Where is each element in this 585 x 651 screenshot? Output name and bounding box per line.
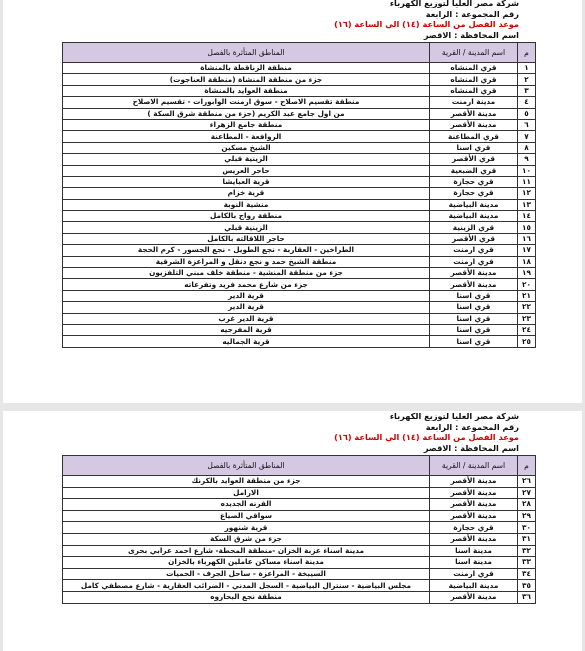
row-number: ٩ bbox=[518, 154, 536, 165]
affected-areas-cell: قرية المفرجيه bbox=[63, 324, 430, 335]
affected-areas-cell: منطقة تقسيم الاصلاح - سوق ارمنت الوابورا… bbox=[63, 97, 430, 108]
governorate-name: اسم المحافظة : الاقصر bbox=[334, 443, 519, 454]
row-number: ١٣ bbox=[518, 199, 536, 210]
company-name: شركة مصر العليا لتوزيع الكهرباء bbox=[334, 0, 519, 9]
document-page-1: شركة مصر العليا لتوزيع الكهرباء رقم المج… bbox=[3, 0, 582, 403]
affected-areas-cell: مدينة اسناء مساكن عاملين الكهرباء بالخزا… bbox=[63, 557, 430, 569]
table-row: ٢٠مدينة الأقصرجزء من شارع محمد فريد وتفر… bbox=[63, 279, 536, 290]
column-header-areas: المناطق المتأثرة بالفصل bbox=[63, 43, 430, 63]
affected-areas-cell: قرية الدير غرب bbox=[63, 313, 430, 324]
city-cell: قري المنشاه bbox=[430, 85, 518, 96]
affected-areas-cell: الزينية قبلي bbox=[63, 222, 430, 233]
affected-areas-cell: قرية الدير bbox=[63, 290, 430, 301]
row-number: ٣٠ bbox=[518, 522, 536, 534]
table-row: ٢قري المنشاهجزء من منطقة المنشاة (منطقة … bbox=[63, 74, 536, 85]
affected-areas-cell: حاجر اللاقالته بالكامل bbox=[63, 233, 430, 244]
row-number: ١٥ bbox=[518, 222, 536, 233]
row-number: ٧ bbox=[518, 131, 536, 142]
page-header: شركة مصر العليا لتوزيع الكهرباء رقم المج… bbox=[334, 0, 519, 40]
affected-areas-cell: منشية النوبة bbox=[63, 199, 430, 210]
table-row: ٣١مدينة الأقصرجزء من شرق السكة bbox=[63, 533, 536, 545]
city-cell: قري الضبعية bbox=[430, 165, 518, 176]
row-number: ٣٥ bbox=[518, 580, 536, 592]
row-number: ٢٣ bbox=[518, 313, 536, 324]
company-name: شركة مصر العليا لتوزيع الكهرباء bbox=[334, 411, 519, 422]
affected-areas-cell: الروافعة - المطاعنة bbox=[63, 131, 430, 142]
affected-areas-cell: منطقة الشيخ حمد و نجع دنقل و المراعزة ال… bbox=[63, 256, 430, 267]
outage-schedule: موعد الفصل من الساعة (١٤) الي الساعة (١٦… bbox=[334, 432, 519, 443]
city-cell: مدينة اسنا bbox=[430, 545, 518, 557]
city-cell: قري المطاعنة bbox=[430, 131, 518, 142]
row-number: ٢٠ bbox=[518, 279, 536, 290]
affected-areas-cell: سواقي الصياغ bbox=[63, 510, 430, 522]
affected-areas-cell: السيبخة - المراعزة - ساحل الجرف - الحميا… bbox=[63, 568, 430, 580]
group-number: رقم المجموعة : الرابعة bbox=[334, 9, 519, 20]
city-cell: قري ارمنت bbox=[430, 245, 518, 256]
table-row: ١٦قري الأقصرحاجر اللاقالته بالكامل bbox=[63, 233, 536, 244]
row-number: ٢٥ bbox=[518, 336, 536, 347]
row-number: ٣٦ bbox=[518, 591, 536, 603]
page-header: شركة مصر العليا لتوزيع الكهرباء رقم المج… bbox=[334, 411, 519, 453]
affected-areas-cell: جزء من شرق السكة bbox=[63, 533, 430, 545]
table-row: ٢٩مدينة الأقصرسواقي الصياغ bbox=[63, 510, 536, 522]
city-cell: مدينة ارمنت bbox=[430, 97, 518, 108]
affected-areas-cell: جزء من شارع محمد فريد وتفرعاته bbox=[63, 279, 430, 290]
city-cell: قري حجازة bbox=[430, 522, 518, 534]
table-row: ٣٠قري حجازةقرية شنهور bbox=[63, 522, 536, 534]
table-row: ٢٤قري اسناقرية المفرجيه bbox=[63, 324, 536, 335]
table-row: ٥مدينة الأقصرمن اول جامع عبد الكريم (جزء… bbox=[63, 108, 536, 119]
affected-areas-cell: قرية خزام bbox=[63, 188, 430, 199]
document-page-2: شركة مصر العليا لتوزيع الكهرباء رقم المج… bbox=[3, 411, 582, 640]
row-number: ٣٢ bbox=[518, 545, 536, 557]
affected-areas-cell: قرية شنهور bbox=[63, 522, 430, 534]
outage-schedule: موعد الفصل من الساعة (١٤) الي الساعة (١٦… bbox=[334, 19, 519, 30]
city-cell: قري المنشاه bbox=[430, 74, 518, 85]
table-row: ٢١قري اسناقرية الدير bbox=[63, 290, 536, 301]
column-header-number: م bbox=[518, 456, 536, 476]
table-row: ١٩مدينة الأقصرجزء من منطقة المنشية - منط… bbox=[63, 268, 536, 279]
table-row: ١١قري حجازةقرية العبايشا bbox=[63, 176, 536, 187]
row-number: ١٤ bbox=[518, 211, 536, 222]
table-row: ٤مدينة ارمنتمنطقة تقسيم الاصلاح - سوق ار… bbox=[63, 97, 536, 108]
affected-areas-cell: مجلس البياضية - سنترال البياضية - السجل … bbox=[63, 580, 430, 592]
city-cell: قري اسنا bbox=[430, 313, 518, 324]
city-cell: مدينة الأقصر bbox=[430, 499, 518, 511]
row-number: ١٢ bbox=[518, 188, 536, 199]
city-cell: قري اسنا bbox=[430, 302, 518, 313]
table-row: ١٠قري الضبعيةحاجر العريس bbox=[63, 165, 536, 176]
row-number: ٤ bbox=[518, 97, 536, 108]
affected-areas-cell: من اول جامع عبد الكريم (جزء من منطقة شرق… bbox=[63, 108, 430, 119]
row-number: ٢١ bbox=[518, 290, 536, 301]
affected-areas-cell: قرية الدير bbox=[63, 302, 430, 313]
affected-areas-cell: الشيخ مسكين bbox=[63, 142, 430, 153]
table-body: ٢٦مدينة الأقصرجزء من منطقة العوايد بالكر… bbox=[63, 476, 536, 604]
city-cell: قري اسنا bbox=[430, 336, 518, 347]
row-number: ٣٣ bbox=[518, 557, 536, 569]
city-cell: مدينة الأقصر bbox=[430, 268, 518, 279]
table-row: ٣٦مدينة الأقصرمنطقة نجع البحاروه bbox=[63, 591, 536, 603]
table-row: ٢٨مدينة الأقصرالقرنه الجديده bbox=[63, 499, 536, 511]
row-number: ١٩ bbox=[518, 268, 536, 279]
city-cell: قري حجازة bbox=[430, 188, 518, 199]
affected-areas-cell: منطقة رواج بالكامل bbox=[63, 211, 430, 222]
outage-table: م اسم المدينة / القرية المناطق المتأثرة … bbox=[62, 42, 536, 348]
city-cell: قري الأقصر bbox=[430, 233, 518, 244]
row-number: ١٦ bbox=[518, 233, 536, 244]
affected-areas-cell: قرية العبايشا bbox=[63, 176, 430, 187]
affected-areas-cell: جزء من منطقة المنشية - منطقة خلف مبني ال… bbox=[63, 268, 430, 279]
city-cell: قري اسنا bbox=[430, 142, 518, 153]
affected-areas-cell: الارامل bbox=[63, 487, 430, 499]
affected-areas-cell: جزء من منطقة العوايد بالكرنك bbox=[63, 476, 430, 488]
table-row: ١٢قري حجازةقرية خزام bbox=[63, 188, 536, 199]
row-number: ٢٤ bbox=[518, 324, 536, 335]
table-header-row: م اسم المدينة / القرية المناطق المتأثرة … bbox=[63, 43, 536, 63]
city-cell: مدينة البياضية bbox=[430, 211, 518, 222]
city-cell: مدينة الأقصر bbox=[430, 108, 518, 119]
table-row: ٢٦مدينة الأقصرجزء من منطقة العوايد بالكر… bbox=[63, 476, 536, 488]
affected-areas-cell: منطقة العوايد بالمنشاة bbox=[63, 85, 430, 96]
table-row: ٣٢مدينة اسنامدينة اسناء عزبة الخزان -منط… bbox=[63, 545, 536, 557]
table-row: ٢٣قري اسناقرية الدير غرب bbox=[63, 313, 536, 324]
affected-areas-cell: مدينة اسناء عزبة الخزان -منطقة المحطة- ش… bbox=[63, 545, 430, 557]
row-number: ٢ bbox=[518, 74, 536, 85]
table-row: ١٧قري ارمنتالطراخين - العقاربة - نجع الط… bbox=[63, 245, 536, 256]
table-row: ٨قري اسناالشيخ مسكين bbox=[63, 142, 536, 153]
table-row: ١٤مدينة البياضيةمنطقة رواج بالكامل bbox=[63, 211, 536, 222]
table-row: ٧قري المطاعنةالروافعة - المطاعنة bbox=[63, 131, 536, 142]
group-number: رقم المجموعة : الرابعة bbox=[334, 422, 519, 433]
table-header-row: م اسم المدينة / القرية المناطق المتأثرة … bbox=[63, 456, 536, 476]
table-row: ٣٤قري ارمنتالسيبخة - المراعزة - ساحل الج… bbox=[63, 568, 536, 580]
city-cell: مدينة الأقصر bbox=[430, 476, 518, 488]
affected-areas-cell: منطقة نجع البحاروه bbox=[63, 591, 430, 603]
row-number: ٦ bbox=[518, 119, 536, 130]
column-header-city: اسم المدينة / القرية bbox=[430, 43, 518, 63]
affected-areas-cell: جزء من منطقة المنشاة (منطقة العناجوت) bbox=[63, 74, 430, 85]
row-number: ٢٨ bbox=[518, 499, 536, 511]
table-row: ٩قري الأقصرالزينية قبلي bbox=[63, 154, 536, 165]
table-row: ٢٧مدينة الأقصرالارامل bbox=[63, 487, 536, 499]
city-cell: قري اسنا bbox=[430, 324, 518, 335]
city-cell: قري ارمنت bbox=[430, 568, 518, 580]
table-row: ٣٥مدينة البياضيةمجلس البياضية - سنترال ا… bbox=[63, 580, 536, 592]
row-number: ١ bbox=[518, 63, 536, 74]
city-cell: قري الزينية bbox=[430, 222, 518, 233]
row-number: ١٠ bbox=[518, 165, 536, 176]
affected-areas-cell: الطراخين - العقاربة - نجع الطويل - نجع ا… bbox=[63, 245, 430, 256]
row-number: ١٧ bbox=[518, 245, 536, 256]
affected-areas-cell: منطقة جامع الزهراء bbox=[63, 119, 430, 130]
table-body: ١قري المنشاهمنطقة الزناقطة بالمنشاة٢قري … bbox=[63, 63, 536, 348]
table-row: ١قري المنشاهمنطقة الزناقطة بالمنشاة bbox=[63, 63, 536, 74]
city-cell: مدينة البياضية bbox=[430, 199, 518, 210]
row-number: ٨ bbox=[518, 142, 536, 153]
city-cell: مدينة الأقصر bbox=[430, 533, 518, 545]
row-number: ٢٦ bbox=[518, 476, 536, 488]
row-number: ٣ bbox=[518, 85, 536, 96]
city-cell: مدينة الأقصر bbox=[430, 279, 518, 290]
table-row: ١٥قري الزينيةالزينية قبلي bbox=[63, 222, 536, 233]
column-header-number: م bbox=[518, 43, 536, 63]
city-cell: قري اسنا bbox=[430, 290, 518, 301]
affected-areas-cell: حاجر العريس bbox=[63, 165, 430, 176]
city-cell: قري حجازة bbox=[430, 176, 518, 187]
row-number: ٢٢ bbox=[518, 302, 536, 313]
outage-table: م اسم المدينة / القرية المناطق المتأثرة … bbox=[62, 455, 536, 604]
row-number: ٣٤ bbox=[518, 568, 536, 580]
city-cell: مدينة الأقصر bbox=[430, 119, 518, 130]
table-row: ٣٣مدينة اسنامدينة اسناء مساكن عاملين الك… bbox=[63, 557, 536, 569]
city-cell: مدينة الأقصر bbox=[430, 510, 518, 522]
row-number: ١٨ bbox=[518, 256, 536, 267]
city-cell: مدينة البياضية bbox=[430, 580, 518, 592]
city-cell: قري المنشاه bbox=[430, 63, 518, 74]
table-row: ٦مدينة الأقصرمنطقة جامع الزهراء bbox=[63, 119, 536, 130]
table-row: ٣قري المنشاهمنطقة العوايد بالمنشاة bbox=[63, 85, 536, 96]
city-cell: مدينة الأقصر bbox=[430, 487, 518, 499]
governorate-name: اسم المحافظة : الاقصر bbox=[334, 30, 519, 41]
table-row: ٢٢قري اسناقرية الدير bbox=[63, 302, 536, 313]
city-cell: قري الأقصر bbox=[430, 154, 518, 165]
city-cell: مدينة اسنا bbox=[430, 557, 518, 569]
table-row: ٢٥قري اسناقرية الجماليه bbox=[63, 336, 536, 347]
table-row: ١٣مدينة البياضيةمنشية النوبة bbox=[63, 199, 536, 210]
affected-areas-cell: القرنه الجديده bbox=[63, 499, 430, 511]
row-number: ٥ bbox=[518, 108, 536, 119]
affected-areas-cell: قرية الجماليه bbox=[63, 336, 430, 347]
table-row: ١٨قري ارمنتمنطقة الشيخ حمد و نجع دنقل و … bbox=[63, 256, 536, 267]
affected-areas-cell: منطقة الزناقطة بالمنشاة bbox=[63, 63, 430, 74]
row-number: ٢٧ bbox=[518, 487, 536, 499]
city-cell: مدينة الأقصر bbox=[430, 591, 518, 603]
column-header-city: اسم المدينة / القرية bbox=[430, 456, 518, 476]
row-number: ١١ bbox=[518, 176, 536, 187]
affected-areas-cell: الزينية قبلي bbox=[63, 154, 430, 165]
city-cell: قري ارمنت bbox=[430, 256, 518, 267]
row-number: ٣١ bbox=[518, 533, 536, 545]
column-header-areas: المناطق المتأثرة بالفصل bbox=[63, 456, 430, 476]
row-number: ٢٩ bbox=[518, 510, 536, 522]
